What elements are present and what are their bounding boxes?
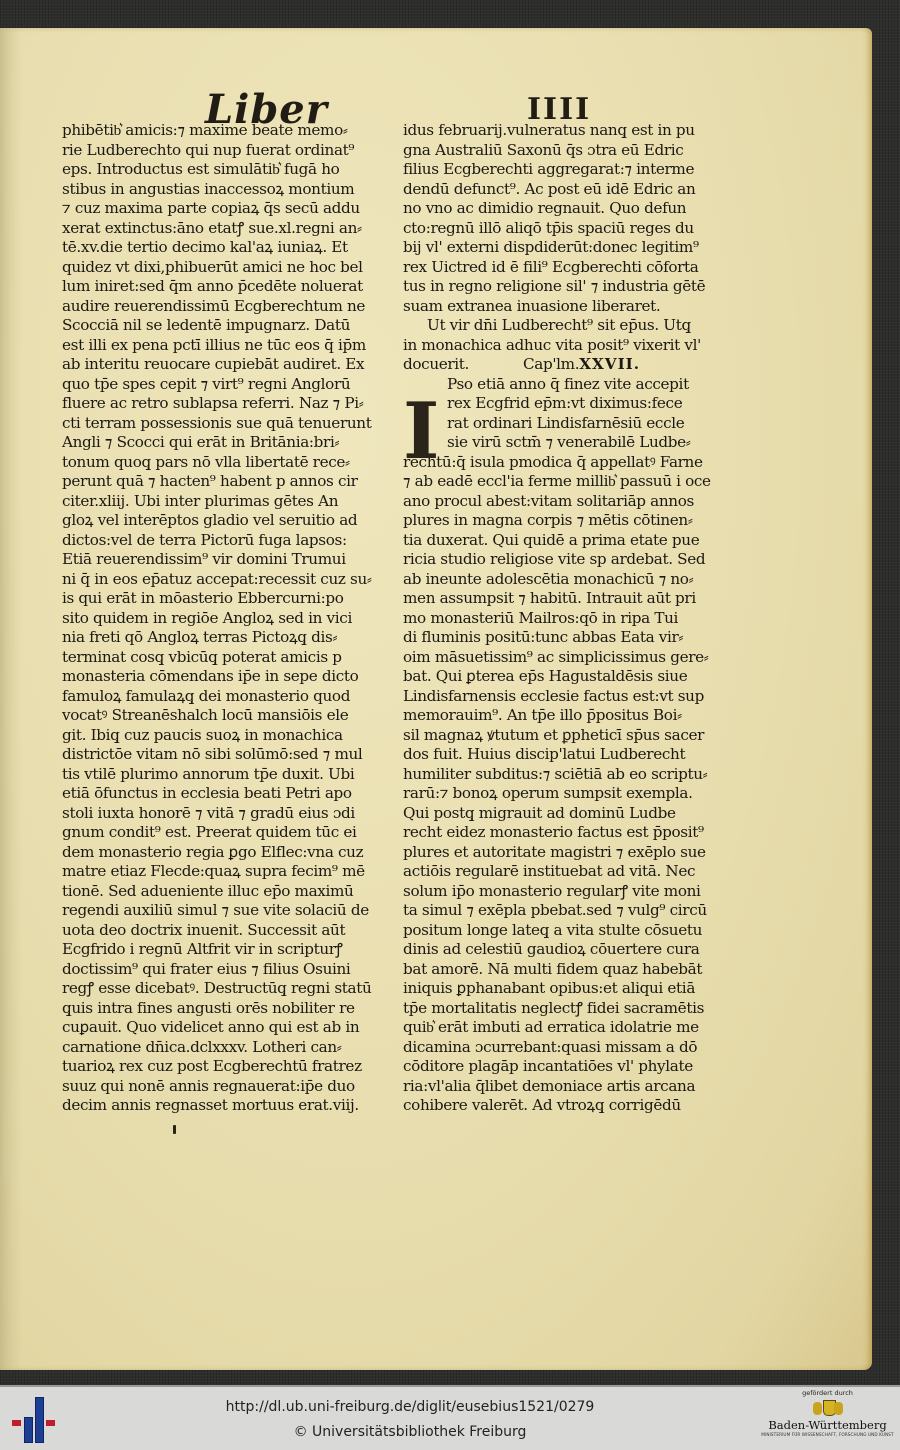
text-line: terminat cosq̧ vbicūq̧ poterat amicis p <box>62 648 392 668</box>
text-line: tus in regno religione sil' ⁊ industria … <box>403 277 738 297</box>
chapter-number: XXVII. <box>579 355 640 373</box>
text-line: decim annis regnasset mortuus erat.viij. <box>62 1096 392 1116</box>
text-line: bat amorē. Nā multi fidem quaz habebāt <box>403 960 738 980</box>
text-line: doctissim⁹ qui frater eius ⁊ filius Osui… <box>62 960 392 980</box>
text-line: tp̄e mortalitatis neglectꝭ fidei sacramē… <box>403 999 738 1019</box>
text-line: tē.xv.die tertio decimo kal'aꝝ iuniaꝝ. E… <box>62 238 392 258</box>
text-line: est illi ex pena pctī illius ne tūc eos … <box>62 336 392 356</box>
text-line: suam extranea inuasione liberaret. <box>403 297 738 317</box>
text-line: cto:regnū illō aliqō tp̄is spaciū reges … <box>403 219 738 239</box>
text-line: phibētib͛ amicis:⁊ maxime beate memo⸗ <box>62 121 392 141</box>
text-line: mo monasteriū Mailros:qō in ripa Tui <box>403 609 738 629</box>
text-line: Qui postq̧ migrauit ad dominū Ludbe <box>403 804 738 824</box>
chapter-heading-line: Ut vir dn̄i Ludberecht⁹ sit ep̄us. Utq̧ <box>403 316 738 336</box>
text-line: lum iniret:sed q̄m anno p̄cedēte noluera… <box>62 277 392 297</box>
text-line: memorauim⁹. An tp̄e illo p̄positus Boi⸗ <box>403 706 738 726</box>
text-line: tis vtilē plurimo annorum tp̄e duxit. Ub… <box>62 765 392 785</box>
text-line: matre etiaz Flecde:quaꝝ supra fecim⁹ mē <box>62 862 392 882</box>
left-text-column: phibētib͛ amicis:⁊ maxime beate memo⸗rie… <box>62 121 392 1116</box>
text-line: actiōis regularē instituebat ad vitā. Ne… <box>403 862 738 882</box>
text-line: idus februarij.vulneratus nanq̧ est in p… <box>403 121 738 141</box>
text-line: rarū:⁊ bonoꝝ operum sumpsit exempla. <box>403 784 738 804</box>
text-line: regendi auxiliū simul ⁊ sue vite solaciū… <box>62 901 392 921</box>
text-line: uota deo doctrix inuenit. Successit aūt <box>62 921 392 941</box>
text-line: fluere ac retro sublapsa referri. Naz ⁊ … <box>62 394 392 414</box>
text-line: vocatꝰ Streanēshalch locū mansiōis ele <box>62 706 392 726</box>
text-line: bat. Qui ꝑterea ep̄s Hagustaldēsis siue <box>403 667 738 687</box>
text-line: ano procul abest:vitam solitariāp annos <box>403 492 738 512</box>
crest-lion-right <box>834 1402 843 1415</box>
text-line: Etiā reuerendissim⁹ vir domini Trumui <box>62 550 392 570</box>
text-line: ab interitu reuocare cupiebāt audiret. E… <box>62 355 392 375</box>
chapter-heading-line: in monachica adhuc vita posit⁹ vixerit v… <box>403 336 738 356</box>
text-line: gna Australiū Saxonū q̄s ɔtra eū Edric <box>403 141 738 161</box>
text-line: dendū defunct⁹. Ac post eū idē Edric an <box>403 180 738 200</box>
text-line: Pso etiā anno q̄ finez vite accepit <box>403 375 738 395</box>
text-line: audire reuerendissimū Ecgberechtum ne <box>62 297 392 317</box>
chapter-heading-text: docuerit. <box>403 355 469 373</box>
text-line: etiā ōfunctus in ecclesia beati Petri ap… <box>62 784 392 804</box>
text-line: cuꝑauit. Quo videlicet anno qui est ab i… <box>62 1018 392 1038</box>
text-line: dictos:vel de terra Pictorū fuga lapsos: <box>62 531 392 551</box>
text-line: Scocciā nil se ledentē impugnarz. Datū <box>62 316 392 336</box>
text-line: stibus in angustias inaccessoꝝ montium <box>62 180 392 200</box>
text-line: solum ip̄o monasterio regularꝭ vite moni <box>403 882 738 902</box>
text-line: tuarioꝝ rex cuz post Ecgberechtū fratrez <box>62 1057 392 1077</box>
text-line: recht eidez monasterio factus est p̄posi… <box>403 823 738 843</box>
text-line: humiliter subditus:⁊ sciētiā ab eo scrip… <box>403 765 738 785</box>
text-line: cti terram possessionis sue quā tenuerun… <box>62 414 392 434</box>
text-line: tia duxerat. Qui quidē a prima etate pue <box>403 531 738 551</box>
text-line: Ecgfrido i regnū Altfrit vir in scriptur… <box>62 940 392 960</box>
drop-initial-letter: I <box>403 393 443 473</box>
text-line: dos fuit. Huius discip'latui Ludberecht <box>403 745 738 765</box>
text-line: plures in magna corpis ⁊ mētis cōtinen⸗ <box>403 511 738 531</box>
text-line: rex Ecgfrid ep̄m:vt diximus:fece <box>403 394 738 414</box>
text-line: tionē. Sed adueniente illuc ep̄o maximū <box>62 882 392 902</box>
sponsor-name: Baden-Württemberg <box>755 1418 900 1432</box>
text-line: gnum condit⁹ est. Preerat quidem tūc ei <box>62 823 392 843</box>
text-line: ab ineunte adolescētia monachicū ⁊ no⸗ <box>403 570 738 590</box>
text-line: di fluminis positū:tunc abbas Eata vir⸗ <box>403 628 738 648</box>
text-line: tonum quoq̧ pars nō vlla libertatē rece⸗ <box>62 453 392 473</box>
text-line: ⁊ cuz maxima parte copiaꝝ q̄s secū addu <box>62 199 392 219</box>
viewer-footer: http://dl.ub.uni-freiburg.de/diglit/euse… <box>0 1385 900 1450</box>
text-line: git. Ibiq̧ cuz paucis suoꝝ in monachica <box>62 726 392 746</box>
sponsor-label: gefördert durch <box>755 1389 900 1397</box>
text-line: dem monasterio regia ꝑgo Elflec:vna cuz <box>62 843 392 863</box>
text-line: Lindisfarnensis ecclesie factus est:vt s… <box>403 687 738 707</box>
text-line: iniquis ꝑphanabant opibus:et aliqui etiā <box>403 979 738 999</box>
text-line: xerat extinctus:āno etatꝭ sue.xl.regni a… <box>62 219 392 239</box>
text-line: stoli iuxta honorē ⁊ vitā ⁊ gradū eius ɔ… <box>62 804 392 824</box>
text-line: rex Uictred id ē fili⁹ Ecgberechti cōfor… <box>403 258 738 278</box>
text-line: suuz qui nonē annis regnauerat:ip̄e duo <box>62 1077 392 1097</box>
text-line: is qui erāt in mōasterio Ebbercurni:po <box>62 589 392 609</box>
text-line: nia freti qō Angloꝝ terras Pictoꝝq̧ dis⸗ <box>62 628 392 648</box>
baden-wuerttemberg-crest-icon <box>811 1398 845 1418</box>
text-line: ⁊ ab eadē eccl'ia ferme millib͛ passuū i… <box>403 472 738 492</box>
text-line: eps. Introductus est simulātib͛ fugā ho <box>62 160 392 180</box>
text-line: citer.xliij. Ubi inter plurimas gētes An <box>62 492 392 512</box>
sponsor-block: gefördert durch Baden-Württemberg MINIST… <box>755 1389 900 1449</box>
text-line: Angli ⁊ Scocci qui erāt in Britānia:bri⸗ <box>62 433 392 453</box>
text-line: ricia studio religiose vite sp ardebat. … <box>403 550 738 570</box>
text-line: positum longe lateq̧ a vita stulte cōsue… <box>403 921 738 941</box>
text-line: cōditore plagāp incantatiōes vl' phylate <box>403 1057 738 1077</box>
chapter-label-word: Cap'lm. <box>523 355 579 373</box>
text-line: rat ordinari Lindisfarnēsiū eccle <box>403 414 738 434</box>
text-line: sie virū sctm̄ ⁊ venerabilē Ludbe⸗ <box>403 433 738 453</box>
text-line: ni q̄ in eos ep̄atuz accepat:recessit cu… <box>62 570 392 590</box>
crest-lion-left <box>813 1402 822 1415</box>
text-line: filius Ecgberechti aggregarat:⁊ interme <box>403 160 738 180</box>
sponsor-ministry: MINISTERIUM FÜR WISSENSCHAFT, FORSCHUNG … <box>755 1432 900 1438</box>
text-line: quib͛ erāt imbuti ad erratica idolatrie … <box>403 1018 738 1038</box>
text-line: rechtū:q̄ isula pmodica q̄ appellatꝰ Far… <box>403 453 738 473</box>
chapter-label: Cap'lm.XXVII. <box>523 355 640 375</box>
text-line: quo tp̄e spes cepit ⁊ virt⁹ regni Anglor… <box>62 375 392 395</box>
chapter-heading-line: docuerit.Cap'lm.XXVII. <box>403 355 738 375</box>
text-line: plures et autoritate magistri ⁊ exēplo s… <box>403 843 738 863</box>
text-line: sito quidem in regiōe Angloꝝ sed in vici <box>62 609 392 629</box>
text-line: dinis ad celestiū gaudioꝝ cōuertere cura <box>403 940 738 960</box>
text-line: bij vl' externi dispdiderūt:donec legiti… <box>403 238 738 258</box>
text-line: no vno ac dimidio regnauit. Quo defun <box>403 199 738 219</box>
text-line: quidez vt dixi,phibuerūt amici ne hoc be… <box>62 258 392 278</box>
text-line: sil magnaꝝ ꝟtutum et ꝑpheticī sp̄us sace… <box>403 726 738 746</box>
text-line: famuloꝝ famulaꝝq̧ dei monasterio quod <box>62 687 392 707</box>
text-line: oim māsuetissim⁹ ac simplicissimus gere⸗ <box>403 648 738 668</box>
text-line: q̧uis intra fines angusti orēs nobiliter… <box>62 999 392 1019</box>
text-line: regꝭ esse dicebatꝰ. Destructūq̧ regni st… <box>62 979 392 999</box>
right-text-column: idus februarij.vulneratus nanq̧ est in p… <box>403 121 738 1116</box>
text-line: gloꝝ vel interēptos gladio vel seruitio … <box>62 511 392 531</box>
text-line: ria:vl'alia q̄libet demoniace artis arca… <box>403 1077 738 1097</box>
text-line: dicamina ɔcurrebant:quasi missam a dō <box>403 1038 738 1058</box>
text-line: rie Ludberechto qui nup fuerat ordinat⁹ <box>62 141 392 161</box>
text-line: ta simul ⁊ exēpla pbebat.sed ⁊ vulg⁹ cir… <box>403 901 738 921</box>
ink-mark <box>173 1125 176 1134</box>
text-line: cohibere valerēt. Ad vtroꝝq̧ corrigēdū <box>403 1096 738 1116</box>
text-line: men assumpsit ⁊ habitū. Intrauit aūt pri <box>403 589 738 609</box>
text-line: perunt quā ⁊ hacten⁹ habent p annos cir <box>62 472 392 492</box>
text-line: monasteria cōmendans ip̄e in sepe dicto <box>62 667 392 687</box>
text-line: carnatione dn̄ica.dclxxxv. Lotheri can⸗ <box>62 1038 392 1058</box>
text-line: districtōe vitam nō sibi solūmō:sed ⁊ mu… <box>62 745 392 765</box>
